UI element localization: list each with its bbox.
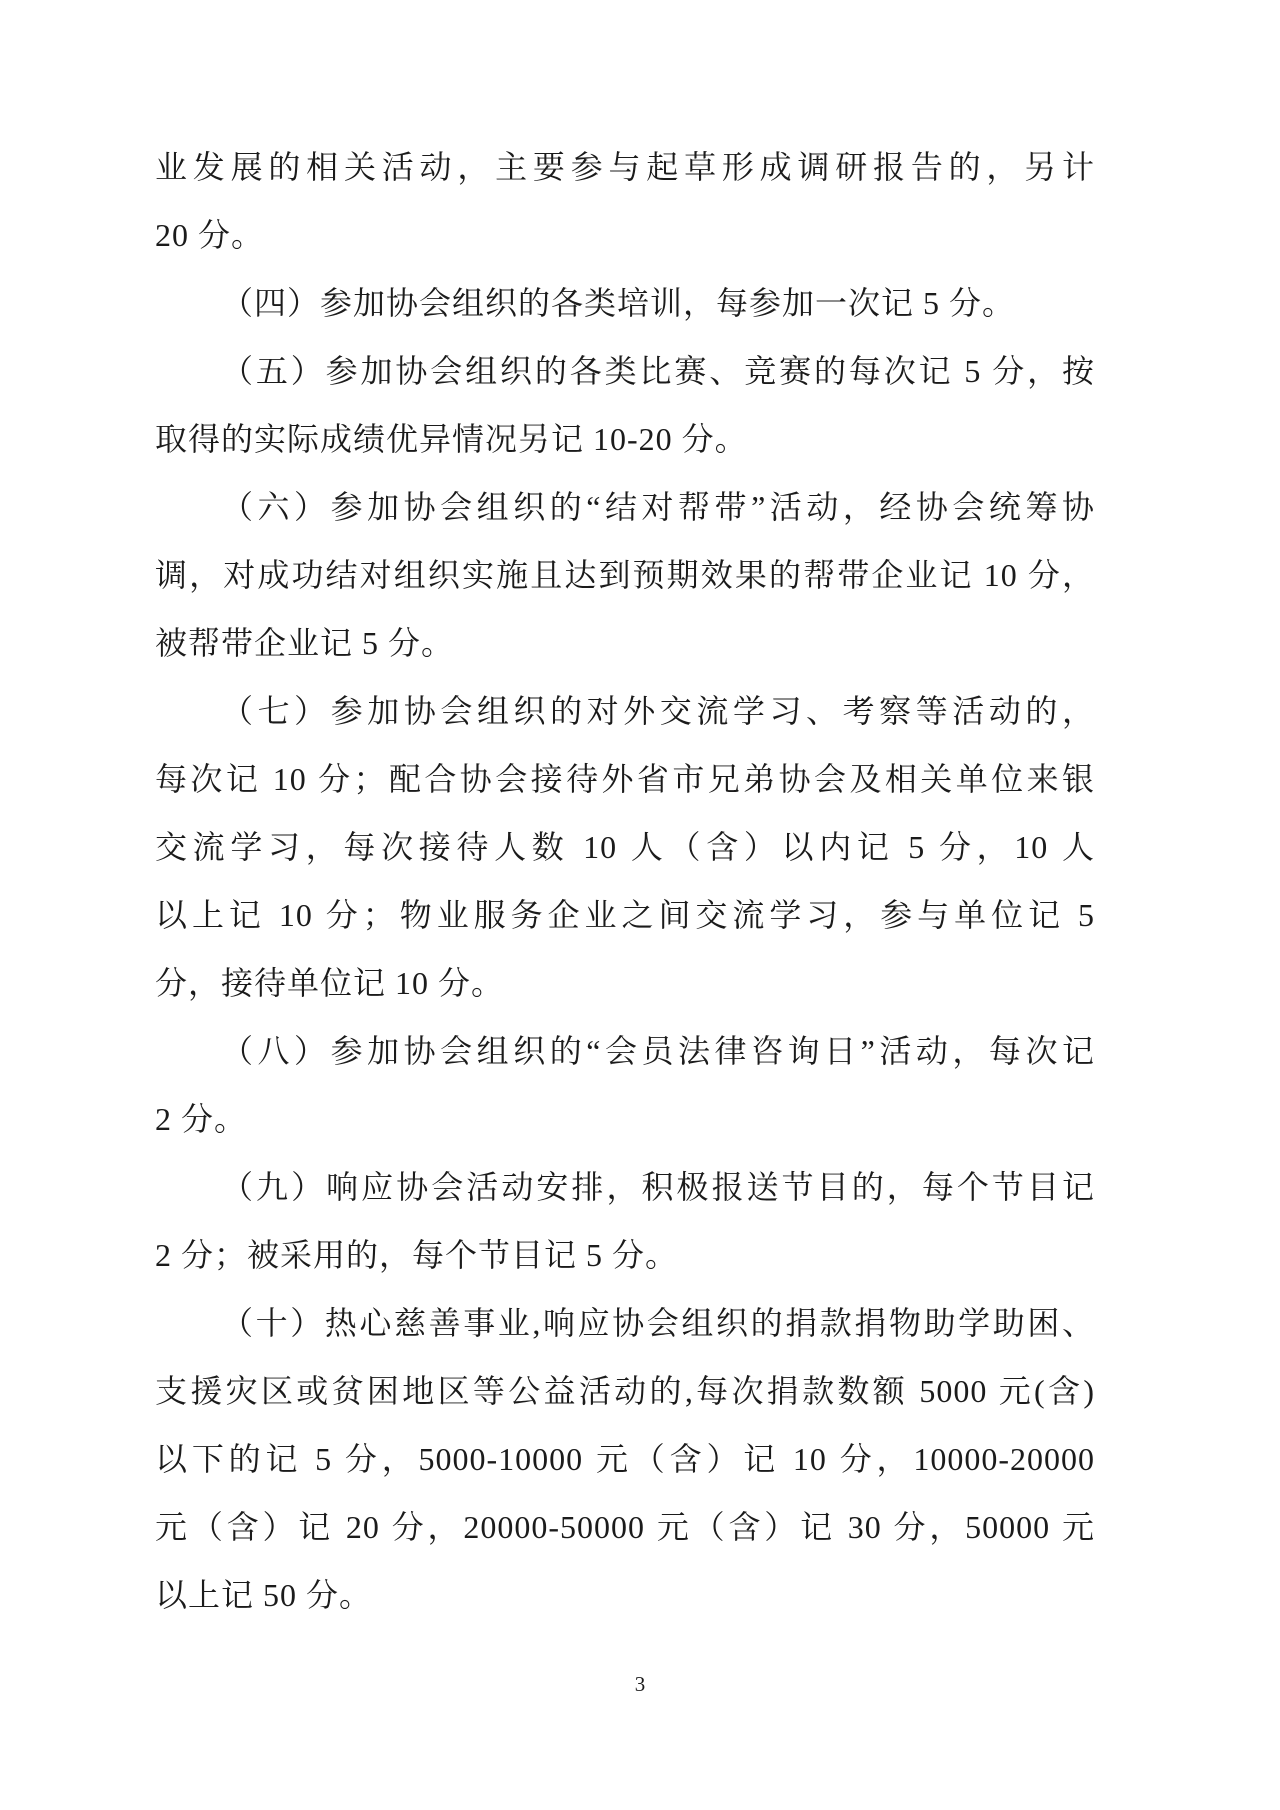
text-line-13: 分，接待单位记 10 分。 — [155, 949, 1095, 1017]
text-line-18: （十）热心慈善事业,响应协会组织的捐款捐物助学助困、 — [155, 1289, 1095, 1357]
text-line-12: 以上记 10 分；物业服务企业之间交流学习，参与单位记 5 — [155, 881, 1095, 949]
text-line-15: 2 分。 — [155, 1085, 1095, 1153]
text-line-8: 被帮带企业记 5 分。 — [155, 609, 1095, 677]
document-page: 业发展的相关活动，主要参与起草形成调研报告的，另计 20 分。 （四）参加协会组… — [0, 0, 1280, 1810]
text-line-10: 每次记 10 分；配合协会接待外省市兄弟协会及相关单位来银 — [155, 745, 1095, 813]
text-line-9: （七）参加协会组织的对外交流学习、考察等活动的， — [155, 677, 1095, 745]
text-line-16: （九）响应协会活动安排，积极报送节目的，每个节目记 — [155, 1153, 1095, 1221]
text-line-2: 20 分。 — [155, 201, 1095, 269]
text-line-20: 以下的记 5 分，5000-10000 元（含）记 10 分，10000-200… — [155, 1425, 1095, 1493]
text-line-21: 元（含）记 20 分，20000-50000 元（含）记 30 分，50000 … — [155, 1493, 1095, 1561]
text-line-1: 业发展的相关活动，主要参与起草形成调研报告的，另计 — [155, 133, 1095, 201]
text-line-17: 2 分；被采用的，每个节目记 5 分。 — [155, 1221, 1095, 1289]
text-line-5: 取得的实际成绩优异情况另记 10-20 分。 — [155, 405, 1095, 473]
text-line-19: 支援灾区或贫困地区等公益活动的,每次捐款数额 5000 元(含) — [155, 1357, 1095, 1425]
text-line-22: 以上记 50 分。 — [155, 1561, 1095, 1629]
text-line-6: （六）参加协会组织的“结对帮带”活动，经协会统筹协 — [155, 473, 1095, 541]
text-line-4: （五）参加协会组织的各类比赛、竞赛的每次记 5 分，按 — [155, 337, 1095, 405]
text-line-3: （四）参加协会组织的各类培训，每参加一次记 5 分。 — [155, 269, 1095, 337]
page-number: 3 — [0, 1672, 1280, 1697]
text-line-14: （八）参加协会组织的“会员法律咨询日”活动，每次记 — [155, 1017, 1095, 1085]
document-body: 业发展的相关活动，主要参与起草形成调研报告的，另计 20 分。 （四）参加协会组… — [155, 133, 1095, 1629]
text-line-11: 交流学习，每次接待人数 10 人（含）以内记 5 分，10 人 — [155, 813, 1095, 881]
text-line-7: 调，对成功结对组织实施且达到预期效果的帮带企业记 10 分， — [155, 541, 1095, 609]
